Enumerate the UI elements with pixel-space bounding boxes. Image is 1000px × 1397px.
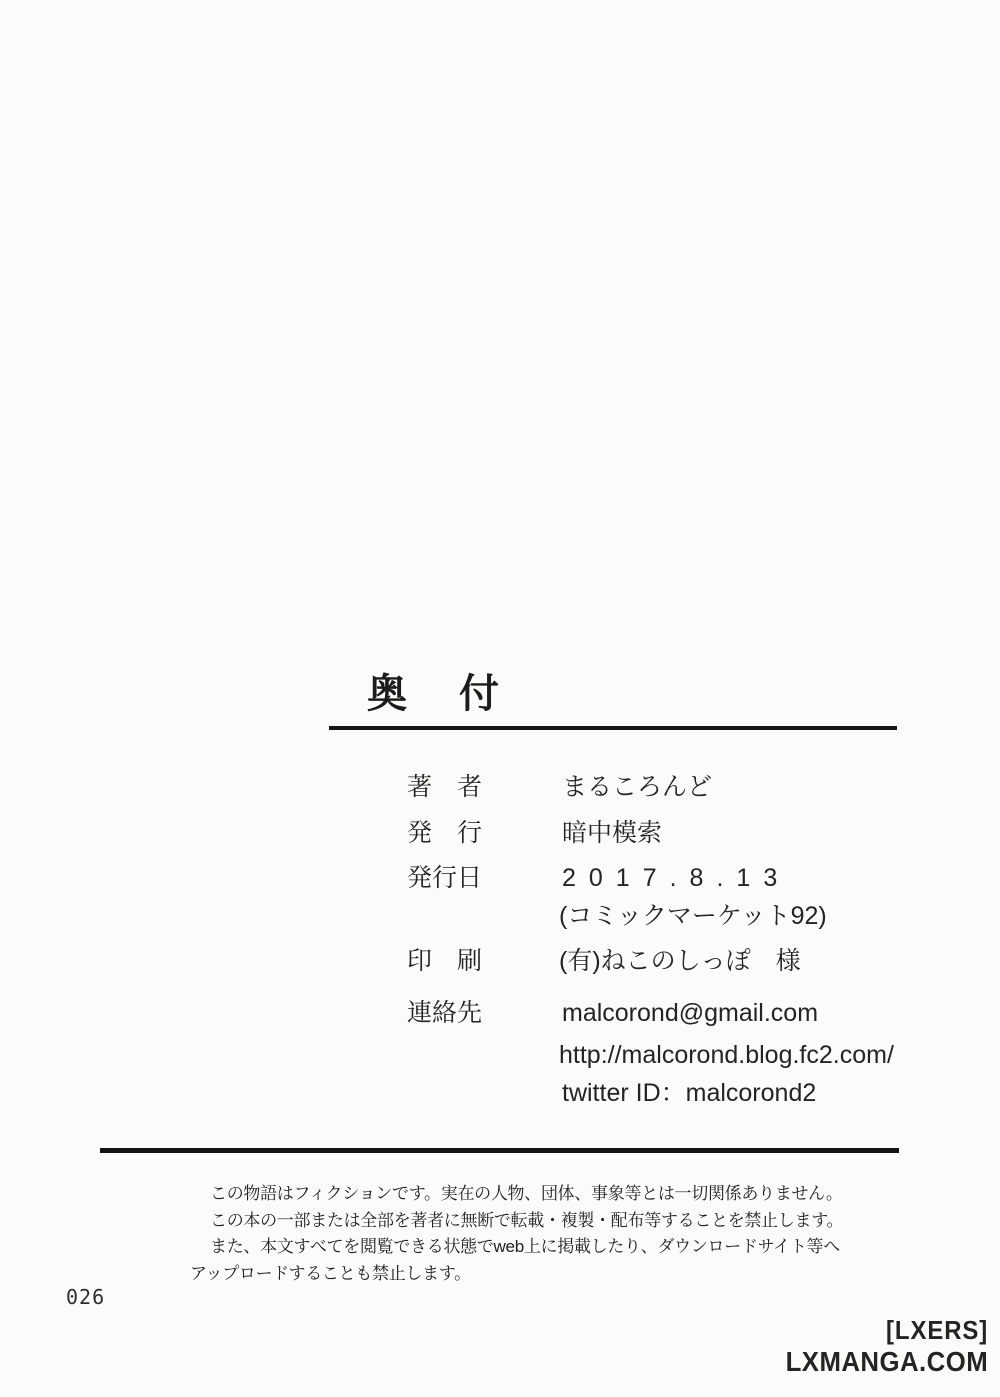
row-value-publisher: 暗中模索 [562, 818, 662, 848]
row-label-printer: 印 刷 [407, 946, 482, 976]
colophon-row-date: 発行日 2017.8.13 [0, 863, 1000, 895]
page-number: 026 [66, 1285, 105, 1309]
watermark-site-domain: LXMANGA.COM [785, 1346, 988, 1377]
bottom-separator [100, 1148, 899, 1153]
page-title: 奥 付 [367, 672, 505, 716]
row-value-date: 2017.8.13 [562, 863, 790, 893]
row-label-contact: 連絡先 [407, 998, 482, 1028]
row-value-contact-twitter: twitter ID：malcorond2 [562, 1078, 816, 1108]
disclaimer-line-4: アップロードすることも禁止します。 [190, 1261, 870, 1288]
colophon-row-contact-url: http://malcorond.blog.fc2.com/ [0, 1040, 1000, 1072]
colophon-row-contact-twitter: twitter ID：malcorond2 [0, 1078, 1000, 1110]
row-label-publisher: 発 行 [407, 818, 482, 848]
row-value-printer: (有)ねこのしっぽ 様 [559, 946, 801, 976]
row-label-author: 著 者 [407, 772, 482, 802]
row-value-contact-email: malcorond@gmail.com [562, 998, 818, 1028]
disclaimer: この物語はフィクションです。実在の人物、団体、事象等とは一切関係ありません。 こ… [190, 1181, 870, 1287]
disclaimer-line-2: この本の一部または全部を著者に無断で転載・複製・配布等することを禁止します。 [190, 1208, 870, 1235]
row-value-event: (コミックマーケット92) [559, 901, 827, 931]
disclaimer-line-3: また、本文すべてを閲覧できる状態でweb上に掲載したり、ダウンロードサイト等へ [190, 1234, 870, 1261]
colophon-row-contact-email: 連絡先 malcorond@gmail.com [0, 998, 1000, 1030]
watermark: [LXERS] LXMANGA.COM [785, 1315, 988, 1377]
row-value-contact-url: http://malcorond.blog.fc2.com/ [559, 1040, 894, 1070]
watermark-site-tag: [LXERS] [785, 1315, 988, 1346]
colophon-row-publisher: 発 行 暗中模索 [0, 818, 1000, 850]
title-underline [329, 726, 897, 730]
row-label-date: 発行日 [407, 863, 482, 893]
disclaimer-line-1: この物語はフィクションです。実在の人物、団体、事象等とは一切関係ありません。 [190, 1181, 870, 1208]
row-value-author: まるころんど [562, 772, 712, 802]
colophon-row-printer: 印 刷 (有)ねこのしっぽ 様 [0, 946, 1000, 978]
colophon-page: 奥 付 著 者 まるころんど 発 行 暗中模索 発行日 2017.8.13 (コ… [0, 0, 1000, 1397]
colophon-row-author: 著 者 まるころんど [0, 772, 1000, 804]
colophon-row-event: (コミックマーケット92) [0, 901, 1000, 933]
